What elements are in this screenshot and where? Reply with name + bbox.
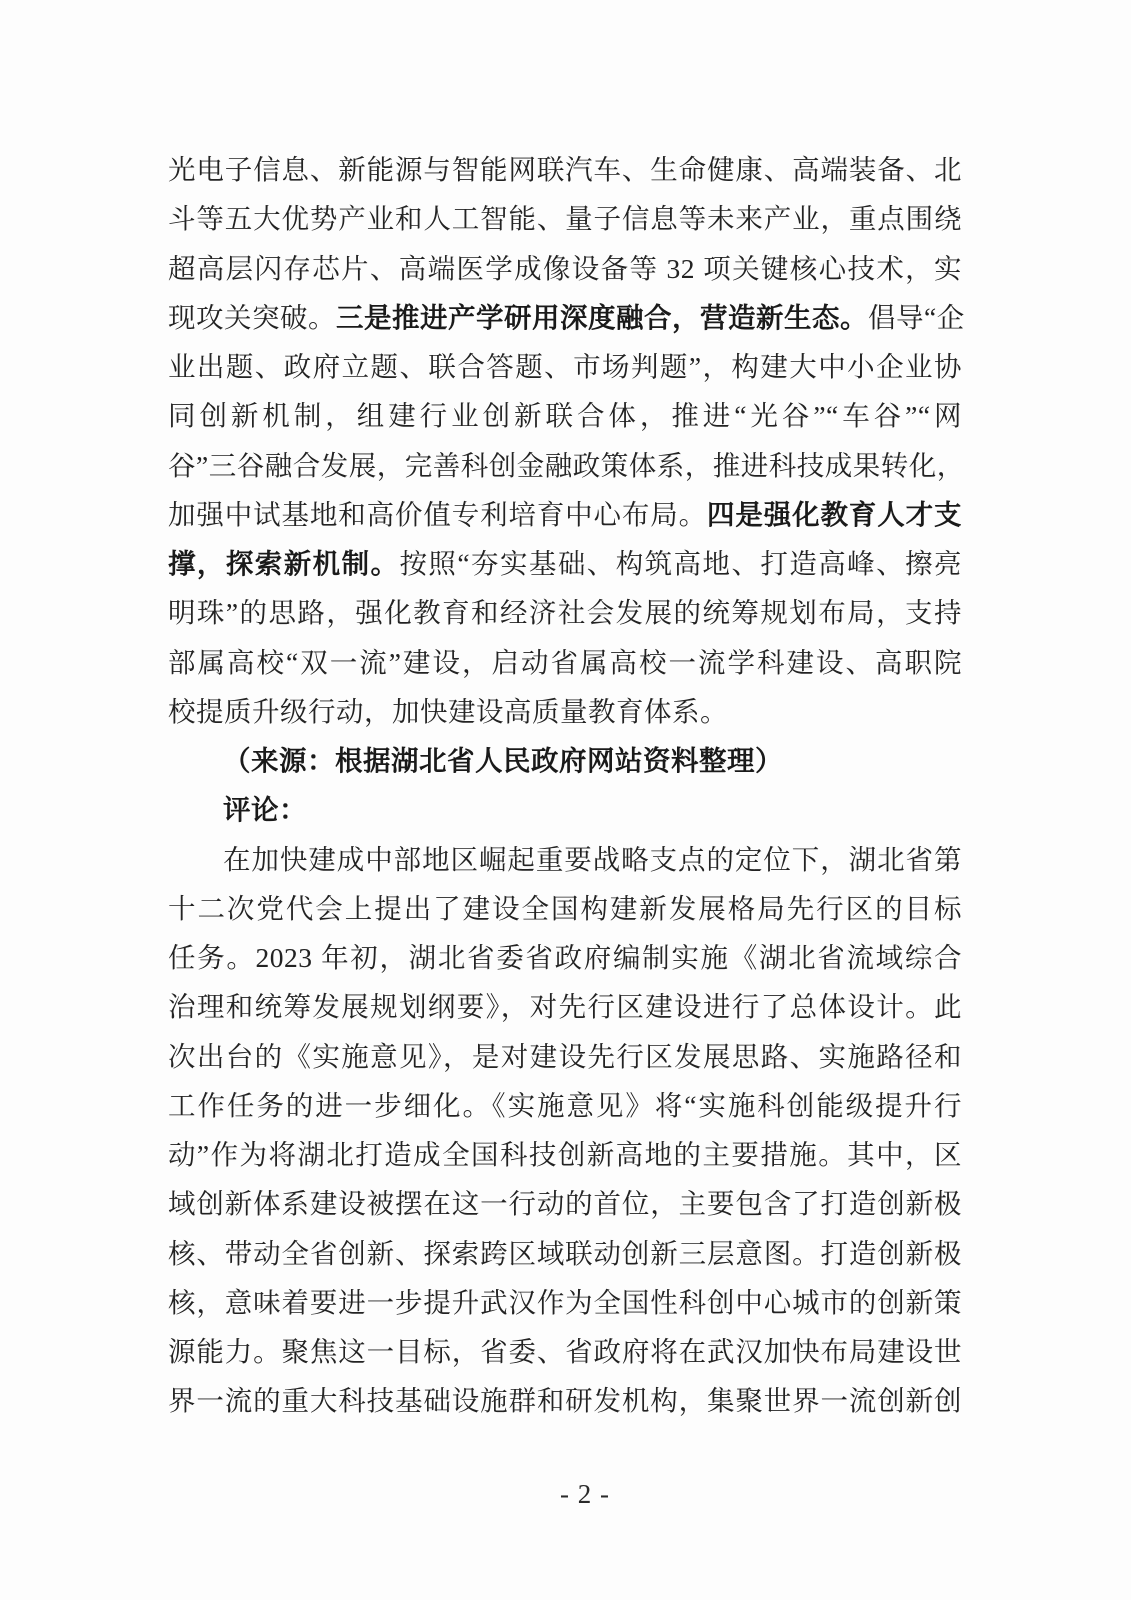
text-line: 动”作为将湖北打造成全国科技创新高地的主要措施。其中，区 bbox=[168, 1130, 962, 1179]
text-line: 源能力。聚焦这一目标，省委、省政府将在武汉加快布局建设世 bbox=[168, 1327, 962, 1376]
text-line: 域创新体系建设被摆在这一行动的首位，主要包含了打造创新极 bbox=[168, 1179, 962, 1228]
text-line: 谷”三谷融合发展，完善科创金融政策体系，推进科技成果转化， bbox=[168, 441, 962, 490]
text-line: 业出题、政府立题、联合答题、市场判题”，构建大中小企业协 bbox=[168, 342, 962, 391]
text-line: 斗等五大优势产业和人工智能、量子信息等未来产业，重点围绕 bbox=[168, 194, 962, 243]
text-block: 光电子信息、新能源与智能网联汽车、生命健康、高端装备、北 斗等五大优势产业和人工… bbox=[168, 145, 962, 1426]
line-text: 现攻关突破。 bbox=[168, 302, 336, 333]
line-text-bold: 撑，探索新机制。 bbox=[168, 548, 400, 579]
line-text-bold: 四是强化教育人才支 bbox=[707, 499, 962, 530]
line-text: 斗等五大优势产业和人工智能、量子信息等未来产业，重点围绕 bbox=[168, 203, 962, 234]
text-line: 明珠”的思路，强化教育和经济社会发展的统筹规划布局，支持 bbox=[168, 588, 962, 637]
text-line: 在加快建成中部地区崛起重要战略支点的定位下，湖北省第 bbox=[168, 835, 962, 884]
line-text-bold: 评论： bbox=[223, 794, 307, 825]
line-text: 倡导“企 bbox=[868, 302, 965, 333]
text-line: 次出台的《实施意见》，是对建设先行区发展思路、实施路径和 bbox=[168, 1032, 962, 1081]
text-line: 加强中试基地和高价值专利培育中心布局。四是强化教育人才支 bbox=[168, 490, 962, 539]
text-line: 任务。2023 年初，湖北省委省政府编制实施《湖北省流域综合 bbox=[168, 933, 962, 982]
text-line: 工作任务的进一步细化。《实施意见》将“实施科创能级提升行 bbox=[168, 1081, 962, 1130]
line-text: 光电子信息、新能源与智能网联汽车、生命健康、高端装备、北 bbox=[168, 154, 962, 185]
text-line: 治理和统筹发展规划纲要》，对先行区建设进行了总体设计。此 bbox=[168, 982, 962, 1031]
text-line: 同创新机制，组建行业创新联合体，推进“光谷”“车谷”“网 bbox=[168, 391, 962, 440]
text-line: 撑，探索新机制。按照“夯实基础、构筑高地、打造高峰、擦亮 bbox=[168, 539, 962, 588]
text-line: 现攻关突破。三是推进产学研用深度融合，营造新生态。倡导“企 bbox=[168, 293, 962, 342]
text-line: 核、带动全省创新、探索跨区域联动创新三层意图。打造创新极 bbox=[168, 1229, 962, 1278]
line-text: 校提质升级行动，加快建设高质量教育体系。 bbox=[168, 696, 728, 727]
line-text: 次出台的《实施意见》，是对建设先行区发展思路、实施路径和 bbox=[168, 1041, 962, 1072]
text-line: 超高层闪存芯片、高端医学成像设备等 32 项关键核心技术，实 bbox=[168, 244, 962, 293]
text-line: 评论： bbox=[168, 785, 962, 834]
line-text-bold: 三是推进产学研用深度融合，营造新生态。 bbox=[336, 302, 868, 333]
page-number: - 2 - bbox=[560, 1479, 610, 1509]
line-text: 按照“夯实基础、构筑高地、打造高峰、擦亮 bbox=[400, 548, 963, 579]
text-line: 光电子信息、新能源与智能网联汽车、生命健康、高端装备、北 bbox=[168, 145, 962, 194]
line-text: 界一流的重大科技基础设施群和研发机构，集聚世界一流创新创 bbox=[168, 1385, 962, 1416]
text-line: 十二次党代会上提出了建设全国构建新发展格局先行区的目标 bbox=[168, 884, 962, 933]
line-text: 源能力。聚焦这一目标，省委、省政府将在武汉加快布局建设世 bbox=[168, 1336, 962, 1367]
text-line: 部属高校“双一流”建设，启动省属高校一流学科建设、高职院 bbox=[168, 638, 962, 687]
line-text: 超高层闪存芯片、高端医学成像设备等 32 项关键核心技术，实 bbox=[168, 253, 962, 284]
line-text: 核、带动全省创新、探索跨区域联动创新三层意图。打造创新极 bbox=[168, 1238, 962, 1269]
line-text: 域创新体系建设被摆在这一行动的首位，主要包含了打造创新极 bbox=[168, 1188, 962, 1219]
text-line: 核，意味着要进一步提升武汉作为全国性科创中心城市的创新策 bbox=[168, 1278, 962, 1327]
text-line: 界一流的重大科技基础设施群和研发机构，集聚世界一流创新创 bbox=[168, 1376, 962, 1425]
line-text-bold: （来源：根据湖北省人民政府网站资料整理） bbox=[223, 745, 783, 776]
line-text: 加强中试基地和高价值专利培育中心布局。 bbox=[168, 499, 707, 530]
line-text: 工作任务的进一步细化。《实施意见》将“实施科创能级提升行 bbox=[168, 1090, 962, 1121]
line-text: 业出题、政府立题、联合答题、市场判题”，构建大中小企业协 bbox=[168, 351, 962, 382]
line-text: 同创新机制，组建行业创新联合体，推进“光谷”“车谷”“网 bbox=[168, 400, 962, 431]
line-text: 治理和统筹发展规划纲要》，对先行区建设进行了总体设计。此 bbox=[168, 991, 962, 1022]
line-text: 核，意味着要进一步提升武汉作为全国性科创中心城市的创新策 bbox=[168, 1287, 962, 1318]
line-text: 动”作为将湖北打造成全国科技创新高地的主要措施。其中，区 bbox=[168, 1139, 962, 1170]
line-text: 部属高校“双一流”建设，启动省属高校一流学科建设、高职院 bbox=[168, 647, 962, 678]
line-text: 任务。2023 年初，湖北省委省政府编制实施《湖北省流域综合 bbox=[168, 942, 962, 973]
document-page: 光电子信息、新能源与智能网联汽车、生命健康、高端装备、北 斗等五大优势产业和人工… bbox=[0, 0, 1131, 1600]
text-line: 校提质升级行动，加快建设高质量教育体系。 bbox=[168, 687, 962, 736]
line-text: 明珠”的思路，强化教育和经济社会发展的统筹规划布局，支持 bbox=[168, 597, 962, 628]
line-text: 在加快建成中部地区崛起重要战略支点的定位下，湖北省第 bbox=[223, 844, 962, 875]
line-text: 谷”三谷融合发展，完善科创金融政策体系，推进科技成果转化， bbox=[168, 450, 965, 481]
line-text: 十二次党代会上提出了建设全国构建新发展格局先行区的目标 bbox=[168, 893, 962, 924]
text-line: （来源：根据湖北省人民政府网站资料整理） bbox=[168, 736, 962, 785]
